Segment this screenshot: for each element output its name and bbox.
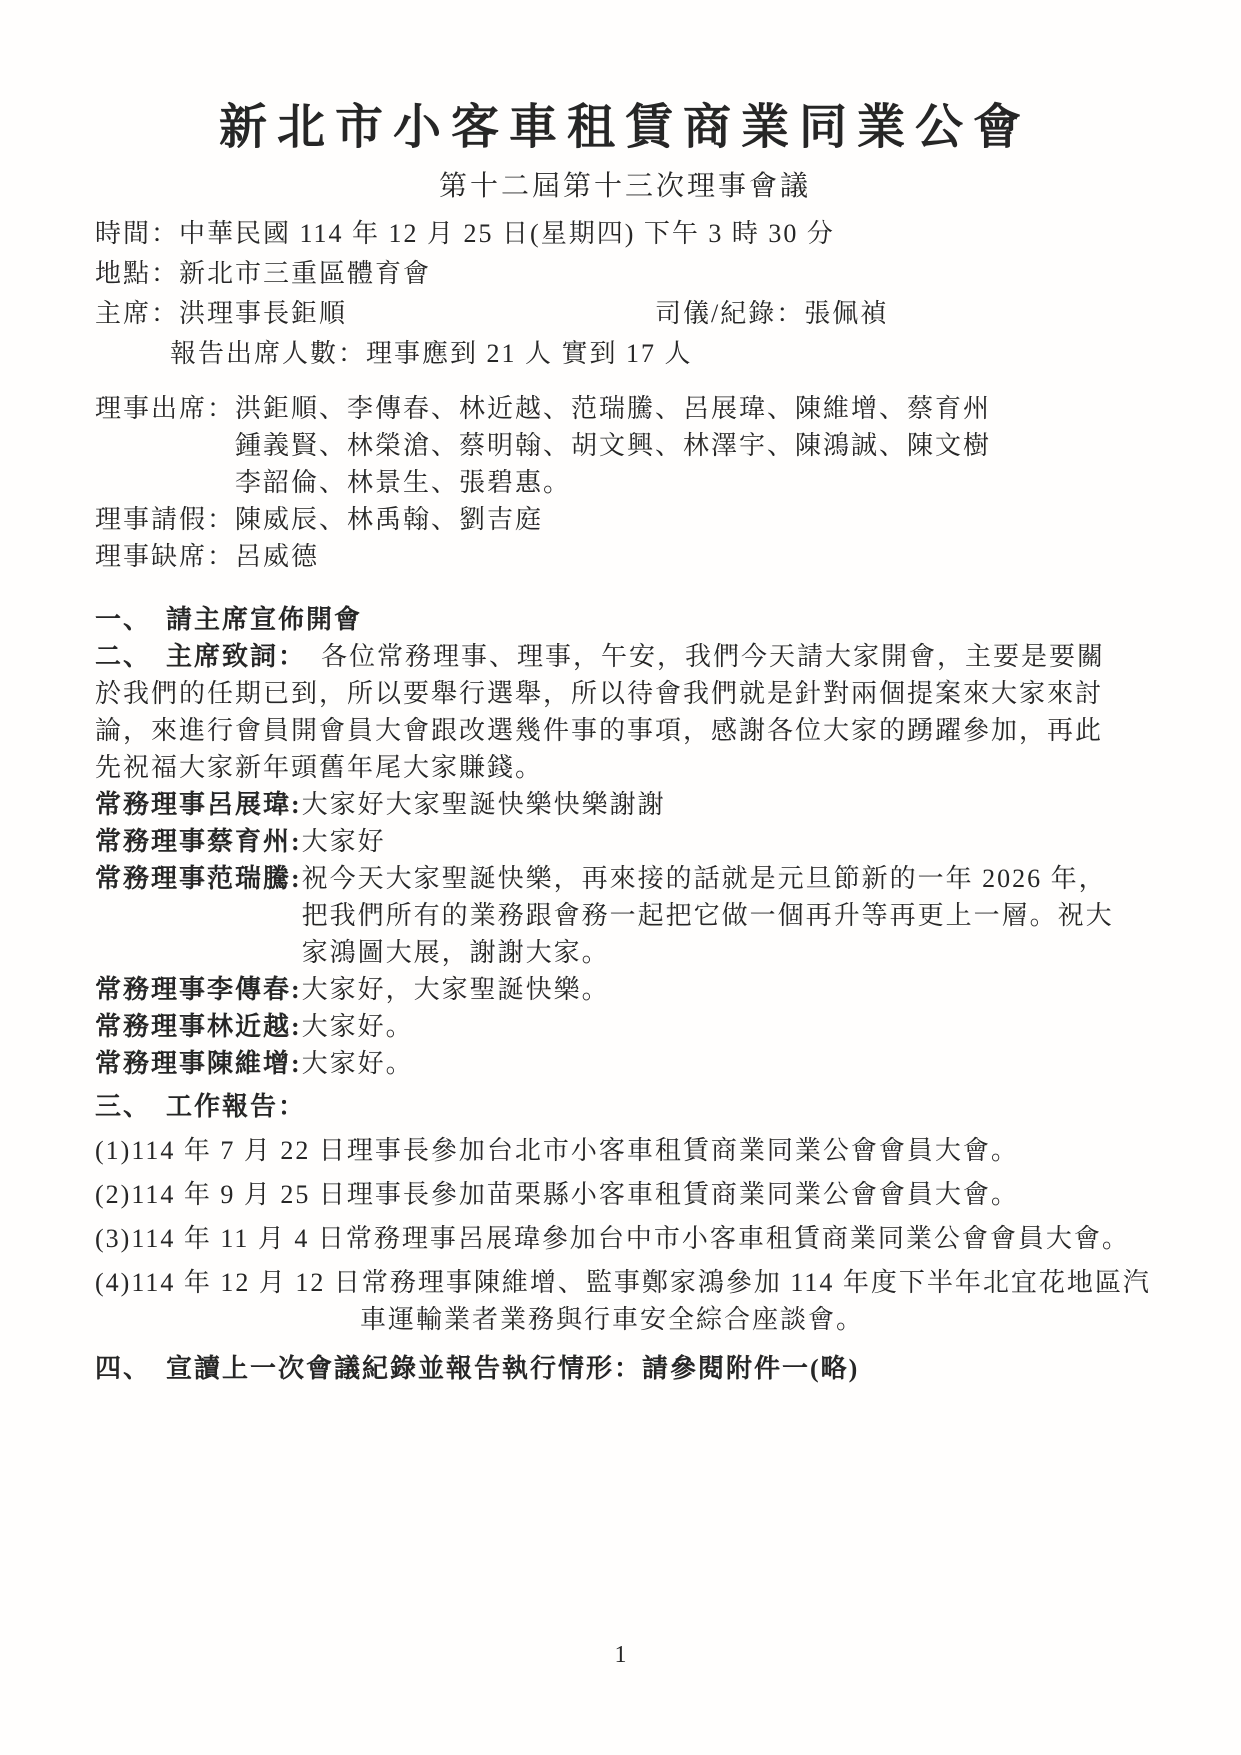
- agenda-item-2-chair-remarks: 二、 主席致詞： 各位常務理事、理事，午安，我們今天請大家開會，主要是要關 於我…: [95, 638, 1155, 786]
- agenda-item-1: 一、 請主席宣佈開會: [95, 601, 1155, 638]
- work-report-item: (2)114 年 9 月 25 日理事長參加苗栗縣小客車租賃商業同業公會會員大會…: [95, 1176, 1155, 1213]
- speaker-name: 常務理事林近越:: [95, 1008, 302, 1045]
- chair-remarks-heading: 二、 主席致詞：: [95, 642, 293, 671]
- present-names: 洪鉅順、李傳春、林近越、范瑞騰、呂展瑋、陳維增、蔡育州 鍾義賢、林榮滄、蔡明翰、…: [235, 390, 1155, 501]
- remarks-line: 論，來進行會員開會員大會跟改選幾件事的事項，感謝各位大家的踴躍參加，再此: [95, 712, 1155, 749]
- speech-body: 大家好大家聖誕快樂快樂謝謝: [302, 786, 1155, 823]
- speaker-name: 常務理事陳維增:: [95, 1045, 302, 1082]
- page-number: 1: [0, 1642, 1241, 1669]
- agenda-section: 一、 請主席宣佈開會 二、 主席致詞： 各位常務理事、理事，午安，我們今天請大家…: [95, 601, 1155, 1387]
- work-report-item: (4)114 年 12 月 12 日常務理事陳維增、監事鄭家鴻參加 114 年度…: [95, 1264, 1155, 1338]
- work-report-text: (2)114 年 9 月 25 日理事長參加苗栗縣小客車租賃商業同業公會會員大會…: [95, 1176, 1155, 1213]
- speech-director-chen: 常務理事陳維增: 大家好。: [95, 1045, 1155, 1082]
- time-label: 時間：: [95, 219, 179, 248]
- work-report-text: (3)114 年 11 月 4 日常務理事呂展瑋參加台中市小客車租賃商業同業公會…: [95, 1220, 1155, 1257]
- work-report-text: 車運輸業者業務與行車安全綜合座談會。: [95, 1301, 1155, 1338]
- speech-text: 大家好。: [302, 1045, 1155, 1082]
- meeting-time-line: 時間：中華民國 114 年 12 月 25 日(星期四) 下午 3 時 30 分: [95, 214, 1155, 254]
- speech-director-li: 常務理事李傳春: 大家好，大家聖誕快樂。: [95, 971, 1155, 1008]
- present-label: 理事出席：: [95, 390, 235, 427]
- chair-label: 主席：: [95, 299, 179, 328]
- recorder-block: 司儀/紀錄：張佩禎: [655, 294, 888, 334]
- location-value: 新北市三重區體育會: [179, 259, 431, 288]
- remarks-line: 於我們的任期已到，所以要舉行選舉，所以待會我們就是針對兩個提案來大家來討: [95, 675, 1155, 712]
- speech-director-fan: 常務理事范瑞騰: 祝今天大家聖誕快樂，再來接的話就是元旦節新的一年 2026 年…: [95, 860, 1155, 971]
- work-report-item: (3)114 年 11 月 4 日常務理事呂展瑋參加台中市小客車租賃商業同業公會…: [95, 1220, 1155, 1257]
- speech-body: 大家好。: [302, 1045, 1155, 1082]
- meeting-location-line: 地點：新北市三重區體育會: [95, 254, 1155, 294]
- leave-label: 理事請假：: [95, 505, 235, 534]
- work-reports-list: (1)114 年 7 月 22 日理事長參加台北市小客車租賃商業同業公會會員大會…: [95, 1132, 1155, 1338]
- present-names-line: 洪鉅順、李傳春、林近越、范瑞騰、呂展瑋、陳維增、蔡育州: [235, 390, 1155, 427]
- speaker-name: 常務理事范瑞騰:: [95, 860, 302, 897]
- meeting-title: 第十二屆第十三次理事會議: [95, 170, 1155, 204]
- recorder-label: 司儀/紀錄：: [655, 299, 804, 328]
- speech-text: 大家好。: [302, 1008, 1155, 1045]
- work-report-item: (1)114 年 7 月 22 日理事長參加台北市小客車租賃商業同業公會會員大會…: [95, 1132, 1155, 1169]
- absent-names: 呂威德: [235, 542, 319, 571]
- time-value: 中華民國 114 年 12 月 25 日(星期四) 下午 3 時 30 分: [179, 219, 835, 248]
- remarks-line: 先祝福大家新年頭舊年尾大家賺錢。: [95, 749, 1155, 786]
- agenda-item-4: 四、 宣讀上一次會議紀錄並報告執行情形：請參閱附件一(略): [95, 1350, 1155, 1387]
- speech-text: 大家好大家聖誕快樂快樂謝謝: [302, 786, 1155, 823]
- speech-body: 大家好，大家聖誕快樂。: [302, 971, 1155, 1008]
- work-report-text: (1)114 年 7 月 22 日理事長參加台北市小客車租賃商業同業公會會員大會…: [95, 1132, 1155, 1169]
- directors-absent-line: 理事缺席：呂威德: [95, 538, 1155, 575]
- speech-text: 把我們所有的業務跟會務一起把它做一個再升等再更上一層。祝大: [302, 897, 1155, 934]
- directors-present-block: 理事出席： 洪鉅順、李傳春、林近越、范瑞騰、呂展瑋、陳維增、蔡育州 鍾義賢、林榮…: [95, 390, 1155, 501]
- remarks-text: 各位常務理事、理事，午安，我們今天請大家開會，主要是要關: [293, 642, 1105, 671]
- speaker-name: 常務理事呂展瑋:: [95, 786, 302, 823]
- speech-text: 家鴻圖大展，謝謝大家。: [302, 934, 1155, 971]
- speech-text: 大家好: [302, 823, 1155, 860]
- leave-names: 陳威辰、林禹翰、劉吉庭: [235, 505, 543, 534]
- present-names-line: 鍾義賢、林榮滄、蔡明翰、胡文興、林澤宇、陳鴻誠、陳文樹: [235, 427, 1155, 464]
- speaker-name: 常務理事蔡育州:: [95, 823, 302, 860]
- speech-body: 大家好。: [302, 1008, 1155, 1045]
- speech-body: 大家好: [302, 823, 1155, 860]
- recorder-value: 張佩禎: [804, 299, 888, 328]
- meeting-info-section: 時間：中華民國 114 年 12 月 25 日(星期四) 下午 3 時 30 分…: [95, 214, 1155, 374]
- association-title: 新北市小客車租賃商業同業公會: [95, 92, 1155, 164]
- document-header: 新北市小客車租賃商業同業公會 第十二屆第十三次理事會議: [95, 92, 1155, 204]
- present-names-line: 李韶倫、林景生、張碧惠。: [235, 464, 1155, 501]
- absent-label: 理事缺席：: [95, 542, 235, 571]
- speech-director-lin: 常務理事林近越: 大家好。: [95, 1008, 1155, 1045]
- agenda-item-3: 三、 工作報告：: [95, 1088, 1155, 1125]
- attendance-count-line: 報告出席人數：理事應到 21 人 實到 17 人: [95, 334, 1155, 374]
- speech-director-lu: 常務理事呂展瑋: 大家好大家聖誕快樂快樂謝謝: [95, 786, 1155, 823]
- directors-on-leave-line: 理事請假：陳威辰、林禹翰、劉吉庭: [95, 501, 1155, 538]
- attendance-section: 理事出席： 洪鉅順、李傳春、林近越、范瑞騰、呂展瑋、陳維增、蔡育州 鍾義賢、林榮…: [95, 390, 1155, 575]
- location-label: 地點：: [95, 259, 179, 288]
- remarks-line: 二、 主席致詞： 各位常務理事、理事，午安，我們今天請大家開會，主要是要關: [95, 638, 1155, 675]
- speech-body: 祝今天大家聖誕快樂，再來接的話就是元旦節新的一年 2026 年， 把我們所有的業…: [302, 860, 1155, 971]
- meeting-minutes-page: 新北市小客車租賃商業同業公會 第十二屆第十三次理事會議 時間：中華民國 114 …: [0, 0, 1241, 1755]
- speech-text: 祝今天大家聖誕快樂，再來接的話就是元旦節新的一年 2026 年，: [302, 860, 1155, 897]
- chair-value: 洪理事長鉅順: [179, 299, 347, 328]
- chair-line: 主席：洪理事長鉅順 司儀/紀錄：張佩禎: [95, 294, 1155, 334]
- speaker-name: 常務理事李傳春:: [95, 971, 302, 1008]
- speech-director-tsai: 常務理事蔡育州: 大家好: [95, 823, 1155, 860]
- work-report-text: (4)114 年 12 月 12 日常務理事陳維增、監事鄭家鴻參加 114 年度…: [95, 1264, 1155, 1301]
- speech-text: 大家好，大家聖誕快樂。: [302, 971, 1155, 1008]
